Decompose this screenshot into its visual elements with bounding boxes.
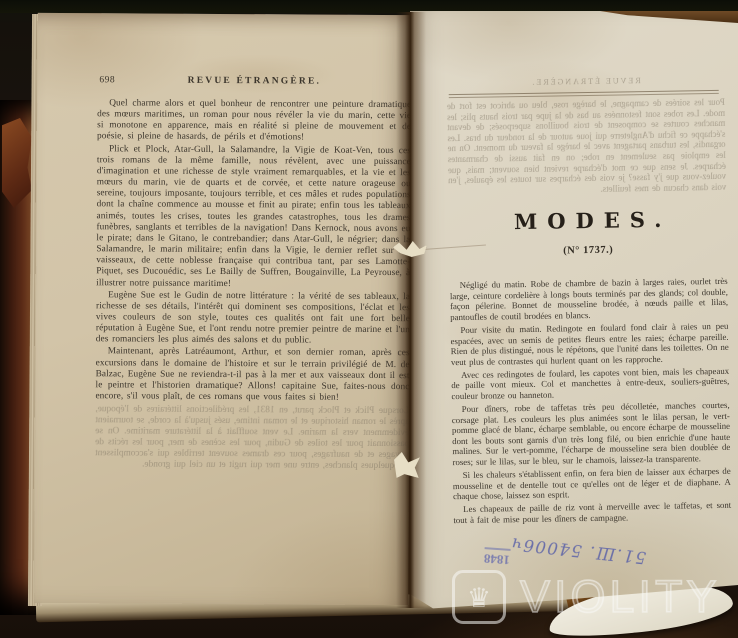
- library-stamp-year: 1848: [483, 547, 510, 568]
- inventory-mark: 51.Ш. 54006ч: [509, 534, 647, 567]
- left-page-content: 698 REVUE ÉTRANGÈRE. Quel charme alors e…: [95, 75, 411, 472]
- paragraph: Plick et Plock, Atar-Gull, la Salamandre…: [96, 144, 411, 291]
- paragraph: Pour visite du matin. Redingote en foula…: [450, 321, 729, 367]
- left-page-header: 698 REVUE ÉTRANGÈRE.: [97, 75, 411, 93]
- cover-leather-chip: [2, 118, 32, 208]
- paragraph: Avec ces redingotes de foulard, les capo…: [451, 366, 729, 402]
- right-page-bleedthrough: REVUE ÉTRANGÈRE. Pour les soirées de cam…: [446, 75, 726, 197]
- right-page-body-text: Négligé du matin. Robe de chambre de baz…: [450, 276, 732, 525]
- photo-of-open-book: { "book": { "left_page": { "page_number"…: [0, 0, 738, 638]
- paragraph: Maintenant, après Latréaumont, Arthur, e…: [95, 347, 409, 405]
- right-page-content: REVUE ÉTRANGÈRE. Pour les soirées de cam…: [446, 75, 731, 529]
- paragraph: Quel charme alors et quel bonheur de ren…: [97, 98, 411, 145]
- page-gutter-shadow: [396, 12, 426, 608]
- bleedthrough-text: Lorsque Plick et Plock parut, en 1831, l…: [95, 404, 409, 471]
- bleedthrough-text: Pour les soirées de campagne, le barège …: [447, 97, 726, 197]
- left-page-body-text: Quel charme alors et quel bonheur de ren…: [95, 98, 411, 404]
- watermark: ♛ VIOLITY: [452, 570, 721, 624]
- paragraph: Eugène Sue est le Gudin de notre littéra…: [96, 290, 410, 348]
- watermark-brand: VIOLITY: [520, 571, 721, 623]
- bleedthrough-running-header: REVUE ÉTRANGÈRE.: [446, 75, 724, 88]
- right-page: REVUE ÉTRANGÈRE. Pour les soirées de cam…: [410, 11, 738, 612]
- paragraph: Si les chaleurs s'établissent enfin, on …: [453, 466, 731, 502]
- left-page: 698 REVUE ÉTRANGÈRE. Quel charme alors e…: [34, 13, 412, 605]
- watermark-logo-box: ♛: [452, 570, 506, 624]
- running-header: REVUE ÉTRANGÈRE.: [97, 75, 411, 87]
- paragraph: Pour dîners, robe de taffetas très peu d…: [452, 400, 731, 467]
- section-title: MODES.: [449, 206, 727, 235]
- paragraph: Négligé du matin. Robe de chambre de baz…: [450, 276, 729, 322]
- crown-icon: ♛: [467, 585, 491, 612]
- issue-number: (N° 1737.): [449, 243, 727, 258]
- paragraph: Les chapeaux de paille de riz vont à mer…: [453, 500, 731, 525]
